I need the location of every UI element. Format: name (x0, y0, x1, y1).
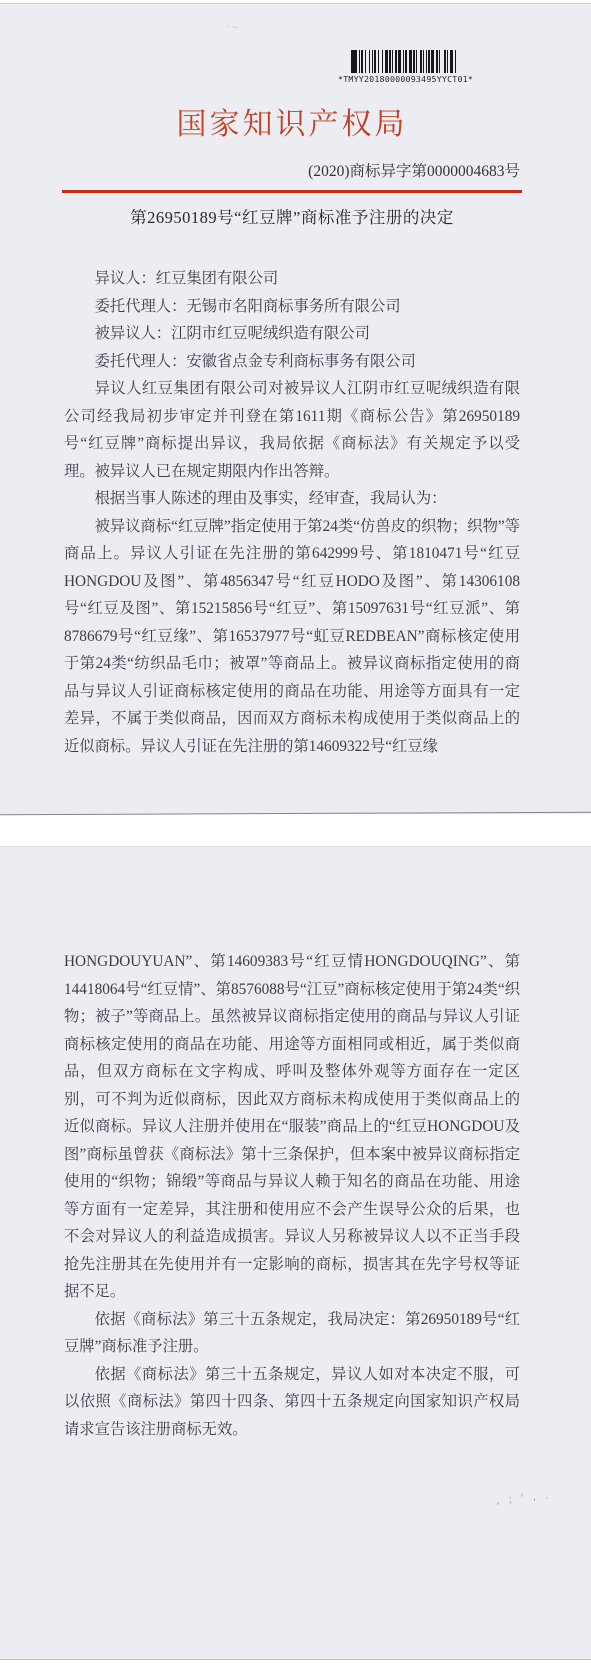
paragraph-cited-marks: 被异议商标“红豆牌”指定使用于第24类“仿兽皮的织物；织物”等商品上。异议人引证… (64, 513, 520, 761)
page-1-bottom-edge (0, 812, 591, 816)
party-line-opponent: 异议人：红豆集团有限公司 (64, 265, 520, 293)
paragraph-analysis-continued: HONGDOUYUAN”、第14609383号“红豆情HONGDOUQING”、… (64, 948, 520, 1306)
page-1: ·~ *TMYY20180000093495YYCT01* 国家知识产权局 (2… (0, 3, 591, 814)
scanned-document: ·~ *TMYY20180000093495YYCT01* 国家知识产权局 (2… (0, 0, 591, 1663)
party-line-respondent-agent: 委托代理人：安徽省点金专利商标事务有限公司 (64, 348, 520, 376)
barcode-icon (351, 50, 458, 73)
page-1-body: 异议人：红豆集团有限公司 委托代理人：无锡市名阳商标事务所有限公司 被异议人：江… (64, 265, 520, 760)
red-divider-rule (62, 190, 522, 193)
pen-scribble-marks: , ; ' , . (496, 1490, 552, 1507)
barcode-label: *TMYY20180000093495YYCT01* (338, 74, 470, 84)
party-line-respondent: 被异议人：江阴市红豆呢绒织造有限公司 (64, 320, 520, 348)
party-line-opponent-agent: 委托代理人：无锡市名阳商标事务所有限公司 (64, 293, 520, 321)
page-2: HONGDOUYUAN”、第14609383号“红豆情HONGDOUQING”、… (0, 846, 591, 1660)
page-2-body: HONGDOUYUAN”、第14609383号“红豆情HONGDOUQING”、… (64, 847, 520, 1443)
paragraph-remedy: 依据《商标法》第三十五条规定，异议人如对本决定不服，可以依照《商标法》第四十四条… (64, 1361, 520, 1444)
scan-artifact-mark: ·~ (225, 21, 242, 33)
agency-title: 国家知识产权局 (64, 99, 520, 143)
page-1-content: *TMYY20180000093495YYCT01* 国家知识产权局 (2020… (0, 50, 591, 760)
barcode: *TMYY20180000093495YYCT01* (338, 50, 470, 84)
paragraph-decision: 依据《商标法》第三十五条规定，我局决定：第26950189号“红豆牌”商标准予注… (64, 1306, 520, 1361)
decision-title: 第26950189号“红豆牌”商标准予注册的决定 (64, 204, 520, 228)
page-2-content: HONGDOUYUAN”、第14609383号“红豆情HONGDOUQING”、… (0, 847, 591, 1443)
document-number: (2020)商标异字第0000004683号 (64, 159, 520, 181)
paragraph-findings-lead: 根据当事人陈述的理由及事实，经审查，我局认为： (64, 485, 520, 513)
paragraph-case-intro: 异议人红豆集团有限公司对被异议人江阴市红豆呢绒织造有限公司经我局初步审定并刊登在… (64, 375, 520, 485)
